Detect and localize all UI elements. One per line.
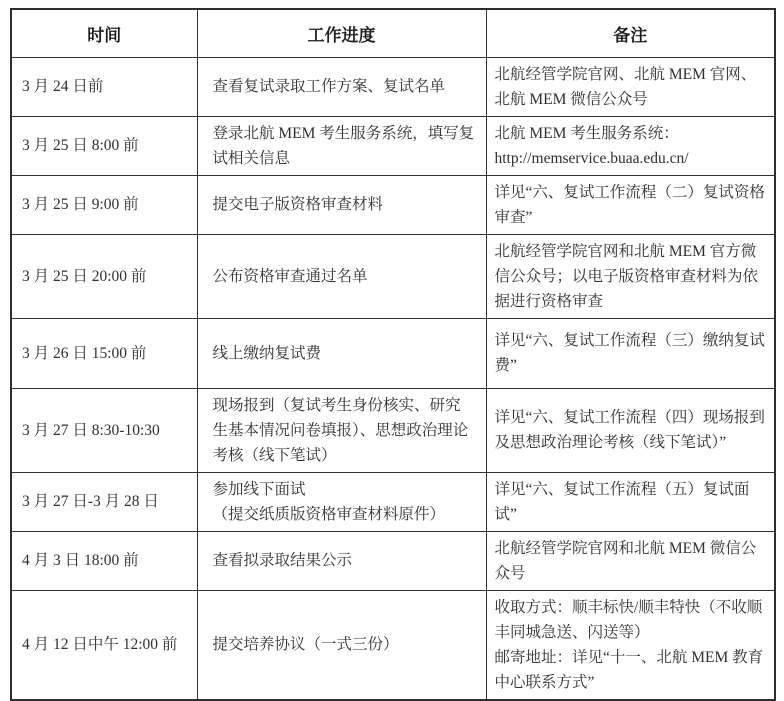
task-cell: 线上缴纳复试费 xyxy=(197,318,486,388)
table-row: 3 月 25 日 20:00 前 公布资格审查通过名单 北航经管学院官网和北航 … xyxy=(11,234,775,318)
task-cell: 查看复试录取工作方案、复试名单 xyxy=(197,57,486,116)
task-cell: 现场报到（复试考生身份核实、研究生基本情况问卷填报）、思想政治理论考核（线下笔试… xyxy=(197,388,486,472)
document-page: 时间 工作进度 备注 3 月 24 日前 查看复试录取工作方案、复试名单 北航经… xyxy=(0,0,784,641)
table-header: 时间 工作进度 备注 xyxy=(11,9,775,57)
note-cell: 北航经管学院官网、北航 MEM 官网、北航 MEM 微信公众号 xyxy=(486,57,775,116)
task-cell: 公布资格审查通过名单 xyxy=(197,234,486,318)
time-cell: 3 月 26 日 15:00 前 xyxy=(11,318,197,388)
time-cell: 4 月 3 日 18:00 前 xyxy=(11,531,197,590)
table-body: 3 月 24 日前 查看复试录取工作方案、复试名单 北航经管学院官网、北航 ME… xyxy=(11,57,775,700)
task-cell: 参加线下面试 （提交纸质版资格审查材料原件） xyxy=(197,472,486,531)
note-cell: 北航经管学院官网和北航 MEM 微信公众号 xyxy=(486,531,775,590)
time-cell: 3 月 25 日 8:00 前 xyxy=(11,116,197,175)
time-cell: 3 月 25 日 20:00 前 xyxy=(11,234,197,318)
header-cell-progress: 工作进度 xyxy=(197,9,486,57)
task-cell: 提交电子版资格审查材料 xyxy=(197,175,486,234)
note-cell: 北航 MEM 考生服务系统： http://memservice.buaa.ed… xyxy=(486,116,775,175)
note-cell: 详见“六、复试工作流程（五）复试面试” xyxy=(486,472,775,531)
task-cell: 登录北航 MEM 考生服务系统，填写复试相关信息 xyxy=(197,116,486,175)
note-cell: 北航经管学院官网和北航 MEM 官方微信公众号；以电子版资格审查材料为依据进行资… xyxy=(486,234,775,318)
time-cell: 4 月 12 日中午 12:00 前 xyxy=(11,590,197,700)
note-cell: 详见“六、复试工作流程（三）缴纳复试费” xyxy=(486,318,775,388)
time-cell: 3 月 27 日 8:30-10:30 xyxy=(11,388,197,472)
header-cell-time: 时间 xyxy=(11,9,197,57)
note-cell: 详见“六、复试工作流程（二）复试资格审查” xyxy=(486,175,775,234)
table-row: 3 月 27 日-3 月 28 日 参加线下面试 （提交纸质版资格审查材料原件）… xyxy=(11,472,775,531)
table-row: 3 月 25 日 9:00 前 提交电子版资格审查材料 详见“六、复试工作流程（… xyxy=(11,175,775,234)
header-row: 时间 工作进度 备注 xyxy=(11,9,775,57)
table-row: 4 月 3 日 18:00 前 查看拟录取结果公示 北航经管学院官网和北航 ME… xyxy=(11,531,775,590)
table-row: 3 月 25 日 8:00 前 登录北航 MEM 考生服务系统，填写复试相关信息… xyxy=(11,116,775,175)
table-row: 3 月 27 日 8:30-10:30 现场报到（复试考生身份核实、研究生基本情… xyxy=(11,388,775,472)
task-cell: 查看拟录取结果公示 xyxy=(197,531,486,590)
task-cell: 提交培养协议（一式三份） xyxy=(197,590,486,700)
schedule-table: 时间 工作进度 备注 3 月 24 日前 查看复试录取工作方案、复试名单 北航经… xyxy=(10,8,776,701)
table-row: 3 月 26 日 15:00 前 线上缴纳复试费 详见“六、复试工作流程（三）缴… xyxy=(11,318,775,388)
note-cell: 收取方式：顺丰标快/顺丰特快（不收顺丰同城急送、闪送等） 邮寄地址：详见“十一、… xyxy=(486,590,775,700)
header-cell-notes: 备注 xyxy=(486,9,775,57)
table-row: 3 月 24 日前 查看复试录取工作方案、复试名单 北航经管学院官网、北航 ME… xyxy=(11,57,775,116)
table-row: 4 月 12 日中午 12:00 前 提交培养协议（一式三份） 收取方式：顺丰标… xyxy=(11,590,775,700)
time-cell: 3 月 24 日前 xyxy=(11,57,197,116)
time-cell: 3 月 27 日-3 月 28 日 xyxy=(11,472,197,531)
time-cell: 3 月 25 日 9:00 前 xyxy=(11,175,197,234)
note-cell: 详见“六、复试工作流程（四）现场报到及思想政治理论考核（线下笔试）” xyxy=(486,388,775,472)
